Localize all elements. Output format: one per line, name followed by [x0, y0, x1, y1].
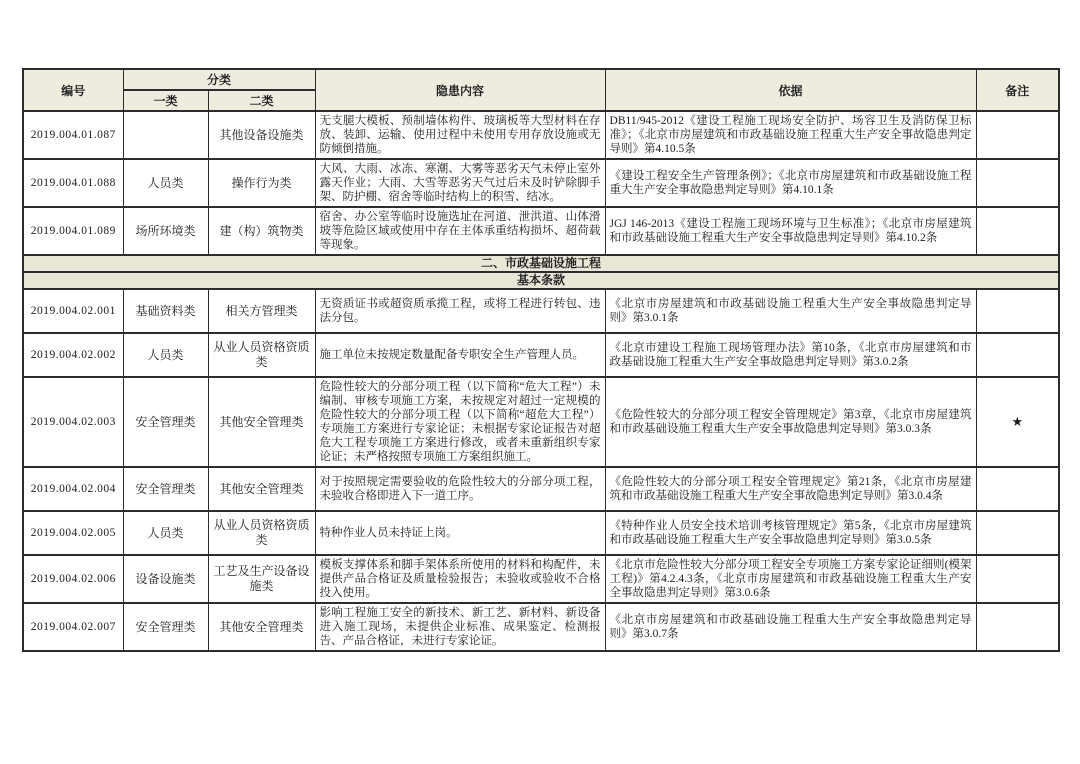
- basis-reference: DB11/945-2012《建设工程施工现场安全防护、场容卫生及消防保卫标准》；…: [605, 111, 976, 159]
- table-row: 2019.004.02.005人员类从业人员资格资质类特种作业人员未持证上岗。《…: [23, 511, 1059, 555]
- basis-reference: 《北京市建设工程施工现场管理办法》第10条，《北京市房屋建筑和市政基础设施工程重…: [605, 333, 976, 377]
- table-row: 2019.004.02.004安全管理类其他安全管理类对于按照规定需要验收的危险…: [23, 467, 1059, 511]
- row-number: 2019.004.02.007: [23, 603, 123, 651]
- remark-cell: [976, 333, 1059, 377]
- row-number: 2019.004.02.001: [23, 289, 123, 333]
- hazard-content: 无资质证书或超资质承揽工程，或将工程进行转包、违法分包。: [315, 289, 605, 333]
- section-header-label: 二、市政基础设施工程: [23, 255, 1059, 272]
- category-level-2: 操作行为类: [208, 159, 315, 207]
- category-level-1: 安全管理类: [123, 603, 208, 651]
- table-row: 2019.004.01.089场所环境类建（构）筑物类宿舍、办公室等临时设施选址…: [23, 207, 1059, 255]
- category-level-2: 从业人员资格资质类: [208, 511, 315, 555]
- table-row: 2019.004.02.002人员类从业人员资格资质类施工单位未按规定数量配备专…: [23, 333, 1059, 377]
- category-level-2: 其他安全管理类: [208, 377, 315, 467]
- category-level-1: 人员类: [123, 511, 208, 555]
- category-level-2: 其他设备设施类: [208, 111, 315, 159]
- category-level-2: 其他安全管理类: [208, 467, 315, 511]
- category-level-1: 场所环境类: [123, 207, 208, 255]
- section-row: 基本条款: [23, 272, 1059, 289]
- hazard-content: 施工单位未按规定数量配备专职安全生产管理人员。: [315, 333, 605, 377]
- remark-cell: [976, 159, 1059, 207]
- hazard-content: 宿舍、办公室等临时设施选址在河道、泄洪道、山体滑坡等危险区域或使用中存在主体承重…: [315, 207, 605, 255]
- row-number: 2019.004.02.006: [23, 555, 123, 603]
- category-level-1: 基础资料类: [123, 289, 208, 333]
- header-category: 分类: [123, 69, 315, 90]
- category-level-1: 人员类: [123, 333, 208, 377]
- header-category-2: 二类: [208, 90, 315, 111]
- header-row-top: 编号 分类 隐患内容 依据 备注: [23, 69, 1059, 90]
- basis-reference: 《北京市危险性较大分部分项工程安全专项施工方案专家论证细则(模架工程)》第4.2…: [605, 555, 976, 603]
- category-level-2: 其他安全管理类: [208, 603, 315, 651]
- table-row: 2019.004.01.088人员类操作行为类大风、大雨、冰冻、寒潮、大雾等恶劣…: [23, 159, 1059, 207]
- remark-cell: [976, 603, 1059, 651]
- hazard-content: 大风、大雨、冰冻、寒潮、大雾等恶劣天气未停止室外露天作业；大雨、大雪等恶劣天气过…: [315, 159, 605, 207]
- category-level-1: 安全管理类: [123, 377, 208, 467]
- category-level-1: [123, 111, 208, 159]
- remark-cell: ★: [976, 377, 1059, 467]
- hazard-content: 危险性较大的分部分项工程（以下简称“危大工程”）未编制、审核专项施工方案，未按规…: [315, 377, 605, 467]
- row-number: 2019.004.01.089: [23, 207, 123, 255]
- basis-reference: 《危险性较大的分部分项工程安全管理规定》第21条，《北京市房屋建筑和市政基础设施…: [605, 467, 976, 511]
- category-level-1: 人员类: [123, 159, 208, 207]
- remark-cell: [976, 511, 1059, 555]
- category-level-2: 工艺及生产设备设施类: [208, 555, 315, 603]
- basis-reference: 《危险性较大的分部分项工程安全管理规定》第3章，《北京市房屋建筑和市政基础设施工…: [605, 377, 976, 467]
- remark-cell: [976, 111, 1059, 159]
- basis-reference: 《北京市房屋建筑和市政基础设施工程重大生产安全事故隐患判定导则》第3.0.1条: [605, 289, 976, 333]
- row-number: 2019.004.02.003: [23, 377, 123, 467]
- basis-reference: 《北京市房屋建筑和市政基础设施工程重大生产安全事故隐患判定导则》第3.0.7条: [605, 603, 976, 651]
- row-number: 2019.004.01.088: [23, 159, 123, 207]
- table-row: 2019.004.02.003安全管理类其他安全管理类危险性较大的分部分项工程（…: [23, 377, 1059, 467]
- basis-reference: 《特种作业人员安全技术培训考核管理规定》第5条，《北京市房屋建筑和市政基础设施工…: [605, 511, 976, 555]
- row-number: 2019.004.02.005: [23, 511, 123, 555]
- remark-cell: [976, 467, 1059, 511]
- table-row: 2019.004.02.006设备设施类工艺及生产设备设施类模板支撑体系和脚手架…: [23, 555, 1059, 603]
- hazard-content: 模板支撑体系和脚手架体系所使用的材料和构配件，未提供产品合格证及质量检验报告；未…: [315, 555, 605, 603]
- header-basis: 依据: [605, 69, 976, 111]
- category-level-2: 相关方管理类: [208, 289, 315, 333]
- hazard-content: 无支腿大模板、预制墙体构件、玻璃板等大型材料在存放、装卸、运输、使用过程中未使用…: [315, 111, 605, 159]
- table-row: 2019.004.02.007安全管理类其他安全管理类影响工程施工安全的新技术、…: [23, 603, 1059, 651]
- row-number: 2019.004.02.002: [23, 333, 123, 377]
- header-content: 隐患内容: [315, 69, 605, 111]
- table-body: 2019.004.01.087其他设备设施类无支腿大模板、预制墙体构件、玻璃板等…: [23, 111, 1059, 651]
- remark-cell: [976, 289, 1059, 333]
- category-level-2: 建（构）筑物类: [208, 207, 315, 255]
- document-page: 编号 分类 隐患内容 依据 备注 一类 二类 2019.004.01.087其他…: [0, 0, 1080, 764]
- row-number: 2019.004.01.087: [23, 111, 123, 159]
- remark-cell: [976, 555, 1059, 603]
- basis-reference: 《建设工程安全生产管理条例》；《北京市房屋建筑和市政基础设施工程重大生产安全事故…: [605, 159, 976, 207]
- table-row: 2019.004.01.087其他设备设施类无支腿大模板、预制墙体构件、玻璃板等…: [23, 111, 1059, 159]
- table-row: 2019.004.02.001基础资料类相关方管理类无资质证书或超资质承揽工程，…: [23, 289, 1059, 333]
- basis-reference: JGJ 146-2013《建设工程施工现场环境与卫生标准》；《北京市房屋建筑和市…: [605, 207, 976, 255]
- section-header-label: 基本条款: [23, 272, 1059, 289]
- header-category-1: 一类: [123, 90, 208, 111]
- category-level-1: 安全管理类: [123, 467, 208, 511]
- row-number: 2019.004.02.004: [23, 467, 123, 511]
- category-level-2: 从业人员资格资质类: [208, 333, 315, 377]
- header-number: 编号: [23, 69, 123, 111]
- hazard-content: 特种作业人员未持证上岗。: [315, 511, 605, 555]
- remark-cell: [976, 207, 1059, 255]
- header-remark: 备注: [976, 69, 1059, 111]
- section-row: 二、市政基础设施工程: [23, 255, 1059, 272]
- category-level-1: 设备设施类: [123, 555, 208, 603]
- hazard-table: 编号 分类 隐患内容 依据 备注 一类 二类 2019.004.01.087其他…: [22, 68, 1060, 652]
- hazard-content: 影响工程施工安全的新技术、新工艺、新材料、新设备进入施工现场，未提供企业标准、成…: [315, 603, 605, 651]
- table-header: 编号 分类 隐患内容 依据 备注 一类 二类: [23, 69, 1059, 111]
- hazard-content: 对于按照规定需要验收的危险性较大的分部分项工程，未验收合格即进入下一道工序。: [315, 467, 605, 511]
